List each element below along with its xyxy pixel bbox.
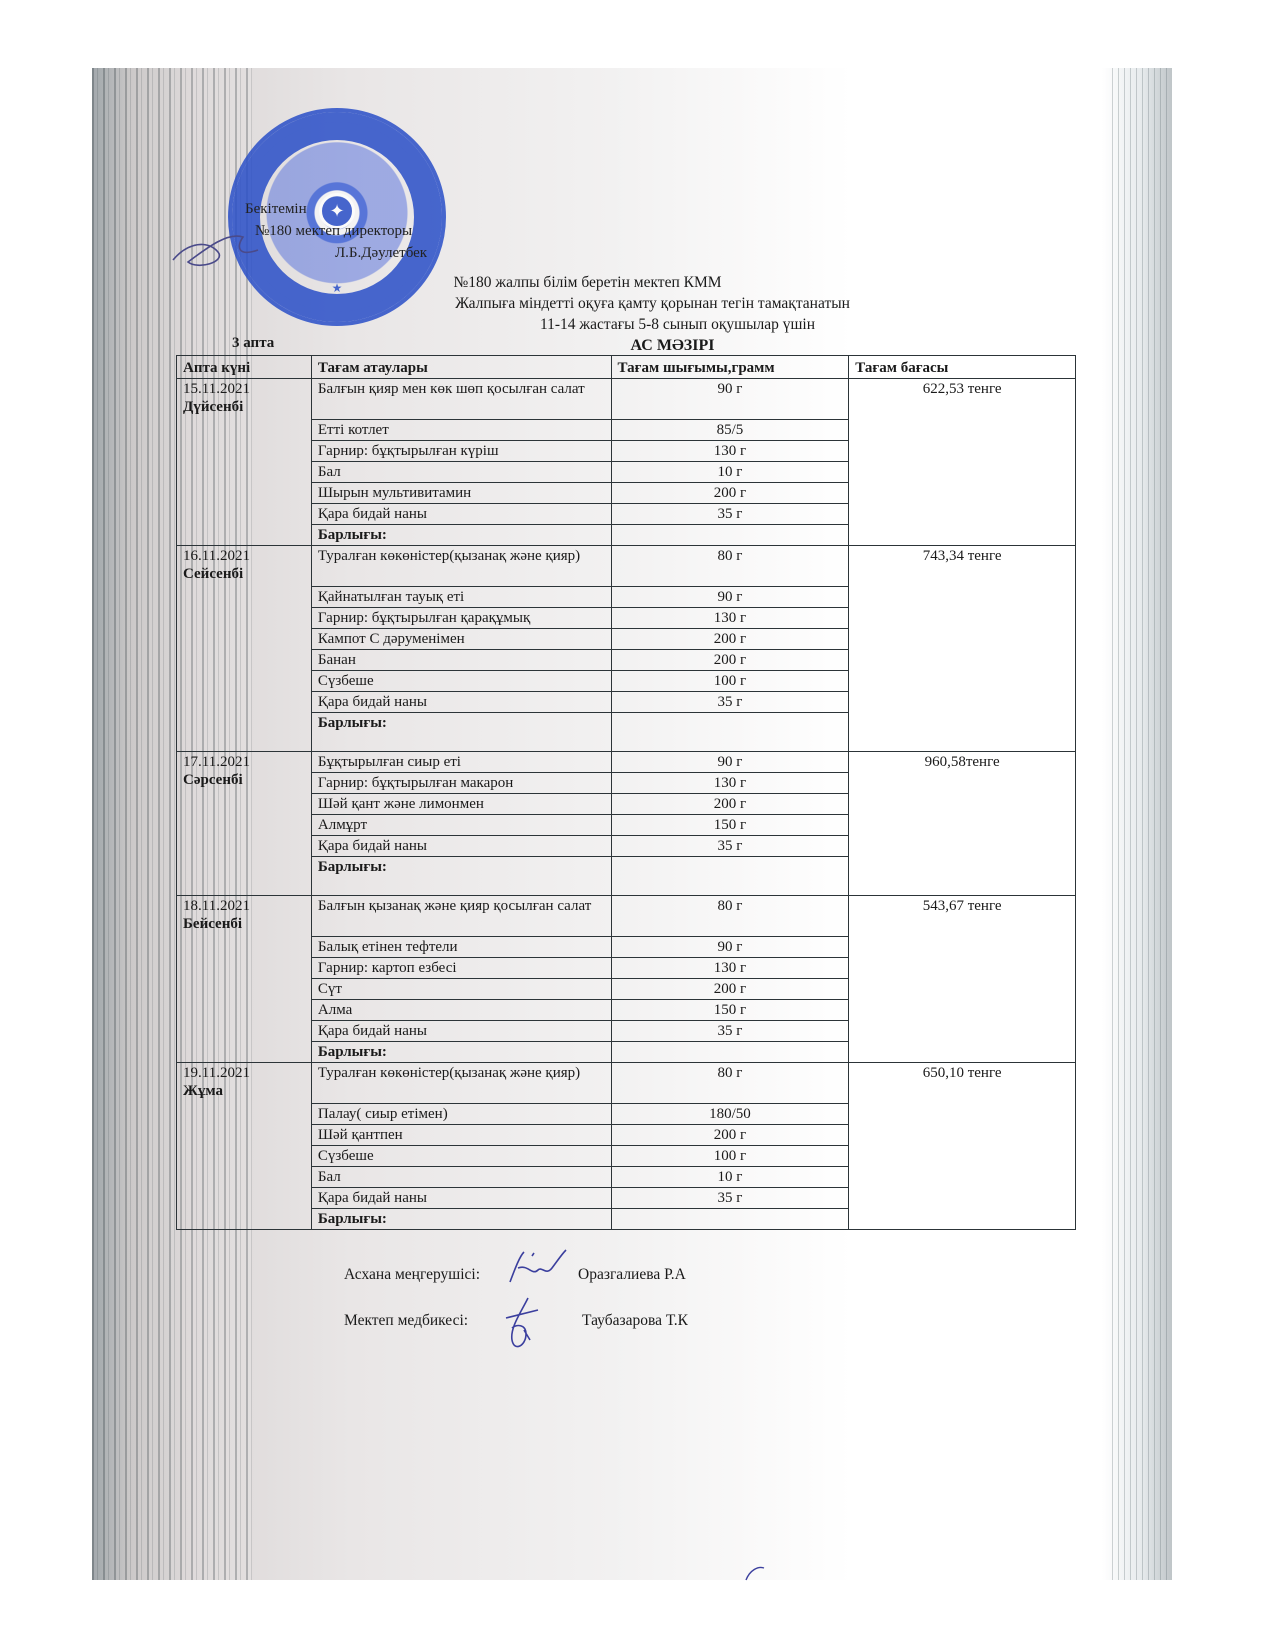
total-label: Барлығы:: [311, 713, 611, 752]
column-header-dish: Тағам атаулары: [311, 356, 611, 379]
canteen-manager-name: Оразгалиева Р.А: [578, 1266, 686, 1284]
dish-yield: 200 г: [611, 979, 849, 1000]
dish-yield: 90 г: [611, 937, 849, 958]
dish-yield: 35 г: [611, 504, 849, 525]
canteen-manager-role: Асхана меңгерушісі:: [344, 1266, 480, 1284]
day-cell: 17.11.2021Сәрсенбі: [177, 752, 312, 896]
dish-yield: 150 г: [611, 1000, 849, 1021]
approval-line-3: Л.Б.Дәулетбек: [245, 242, 427, 264]
table-row: 15.11.2021ДүйсенбіБалғын қияр мен көк шө…: [177, 379, 1076, 420]
column-header-price: Тағам бағасы: [849, 356, 1076, 379]
dish-yield: 200 г: [611, 1125, 849, 1146]
dish-yield: 35 г: [611, 836, 849, 857]
day-cell: 16.11.2021Сейсенбі: [177, 546, 312, 752]
canteen-manager-signature-icon: [502, 1246, 572, 1288]
dish-yield: 80 г: [611, 1063, 849, 1104]
day-price: 543,67 тенге: [849, 896, 1076, 1063]
total-label: Барлығы:: [311, 1209, 611, 1230]
dish-name: Гарнир: бұқтырылған макарон: [311, 773, 611, 794]
dish-yield: 200 г: [611, 629, 849, 650]
dish-yield: 200 г: [611, 483, 849, 504]
dish-name: Балғын қызанақ және қияр қосылған салат: [311, 896, 611, 937]
dish-yield: 150 г: [611, 815, 849, 836]
day-cell: 19.11.2021Жұма: [177, 1063, 312, 1230]
document-title: АС МӘЗІРІ: [0, 335, 1275, 356]
week-label: 3 апта: [232, 335, 274, 352]
age-group: 11-14 жастағы 5-8 сынып оқушылар үшін: [0, 314, 1275, 335]
dish-name: Гарнир: бұқтырылған күріш: [311, 441, 611, 462]
day-price: 960,58тенге: [849, 752, 1076, 896]
dish-yield: 10 г: [611, 1167, 849, 1188]
day-weekday: Бейсенбі: [183, 915, 305, 933]
total-label: Барлығы:: [311, 857, 611, 896]
school-nurse-role: Мектеп медбикесі:: [344, 1312, 468, 1330]
dish-yield: 85/5: [611, 420, 849, 441]
day-date: 17.11.2021: [183, 753, 305, 771]
dish-name: Туралған көкөністер(қызанақ және қияр): [311, 1063, 611, 1104]
day-cell: 15.11.2021Дүйсенбі: [177, 379, 312, 546]
table-row: 16.11.2021СейсенбіТуралған көкөністер(қы…: [177, 546, 1076, 587]
dish-name: Сүзбеше: [311, 1146, 611, 1167]
dish-name: Балық етінен тефтели: [311, 937, 611, 958]
dish-name: Палау( сиыр етімен): [311, 1104, 611, 1125]
day-price: 650,10 тенге: [849, 1063, 1076, 1230]
dish-name: Қара бидай наны: [311, 1021, 611, 1042]
total-yield-empty: [611, 1209, 849, 1230]
dish-yield: 80 г: [611, 546, 849, 587]
day-weekday: Сәрсенбі: [183, 771, 305, 789]
day-date: 15.11.2021: [183, 380, 305, 398]
day-price: 622,53 тенге: [849, 379, 1076, 546]
day-weekday: Жұма: [183, 1082, 305, 1100]
dish-yield: 200 г: [611, 794, 849, 815]
day-date: 19.11.2021: [183, 1064, 305, 1082]
day-date: 16.11.2021: [183, 547, 305, 565]
dish-name: Шәй қантпен: [311, 1125, 611, 1146]
dish-name: Сүзбеше: [311, 671, 611, 692]
day-cell: 18.11.2021Бейсенбі: [177, 896, 312, 1063]
dish-name: Балғын қияр мен көк шөп қосылған салат: [311, 379, 611, 420]
dish-yield: 100 г: [611, 1146, 849, 1167]
dish-name: Бал: [311, 462, 611, 483]
dish-name: Қара бидай наны: [311, 504, 611, 525]
column-header-day: Апта күні: [177, 356, 312, 379]
dish-name: Қайнатылған тауық еті: [311, 587, 611, 608]
dish-name: Гарнир: бұқтырылған қарақұмық: [311, 608, 611, 629]
dish-yield: 10 г: [611, 462, 849, 483]
dish-name: Банан: [311, 650, 611, 671]
dish-name: Шәй қант және лимонмен: [311, 794, 611, 815]
column-header-yield: Тағам шығымы,грамм: [611, 356, 849, 379]
dish-yield: 90 г: [611, 379, 849, 420]
dish-yield: 130 г: [611, 441, 849, 462]
table-row: 19.11.2021ЖұмаТуралған көкөністер(қызана…: [177, 1063, 1076, 1104]
dish-name: Қара бидай наны: [311, 692, 611, 713]
total-yield-empty: [611, 525, 849, 546]
dish-name: Сүт: [311, 979, 611, 1000]
dish-yield: 35 г: [611, 1021, 849, 1042]
dish-name: Бұқтырылған сиыр еті: [311, 752, 611, 773]
dish-yield: 130 г: [611, 958, 849, 979]
approval-line-1: Бекітемін: [245, 198, 427, 220]
dish-name: Шырын мультивитамин: [311, 483, 611, 504]
dish-yield: 100 г: [611, 671, 849, 692]
dish-yield: 80 г: [611, 896, 849, 937]
day-date: 18.11.2021: [183, 897, 305, 915]
dish-yield: 180/50: [611, 1104, 849, 1125]
approval-line-2: №180 мектеп директоры: [245, 220, 427, 242]
total-label: Барлығы:: [311, 1042, 611, 1063]
dish-name: Етті котлет: [311, 420, 611, 441]
dish-yield: 200 г: [611, 650, 849, 671]
table-header-row: Апта күні Тағам атаулары Тағам шығымы,гр…: [177, 356, 1076, 379]
school-nurse-signature-icon: [502, 1294, 542, 1354]
approval-block: Бекітемін №180 мектеп директоры Л.Б.Дәул…: [245, 198, 427, 264]
table-row: 17.11.2021СәрсенбіБұқтырылған сиыр еті90…: [177, 752, 1076, 773]
dish-name: Алма: [311, 1000, 611, 1021]
dish-yield: 130 г: [611, 773, 849, 794]
day-weekday: Дүйсенбі: [183, 398, 305, 416]
total-yield-empty: [611, 1042, 849, 1063]
dish-yield: 35 г: [611, 692, 849, 713]
pen-mark-icon: [740, 1562, 780, 1582]
dish-yield: 90 г: [611, 587, 849, 608]
dish-yield: 35 г: [611, 1188, 849, 1209]
day-price: 743,34 тенге: [849, 546, 1076, 752]
dish-name: Қара бидай наны: [311, 836, 611, 857]
dish-name: Кампот С дәруменімен: [311, 629, 611, 650]
dish-name: Қара бидай наны: [311, 1188, 611, 1209]
dish-yield: 130 г: [611, 608, 849, 629]
dish-name: Алмұрт: [311, 815, 611, 836]
school-nurse-name: Таубазарова Т.К: [582, 1312, 688, 1330]
total-label: Барлығы:: [311, 525, 611, 546]
dish-name: Туралған көкөністер(қызанақ және қияр): [311, 546, 611, 587]
day-weekday: Сейсенбі: [183, 565, 305, 583]
menu-table-body: 15.11.2021ДүйсенбіБалғын қияр мен көк шө…: [177, 379, 1076, 1230]
table-row: 18.11.2021БейсенбіБалғын қызанақ және қи…: [177, 896, 1076, 937]
dish-name: Гарнир: картоп езбесі: [311, 958, 611, 979]
total-yield-empty: [611, 857, 849, 896]
total-yield-empty: [611, 713, 849, 752]
dish-yield: 90 г: [611, 752, 849, 773]
dish-name: Бал: [311, 1167, 611, 1188]
school-name: №180 жалпы білім беретін мектеп КММ: [0, 272, 1275, 293]
program-description: Жалпыға міндетті оқуға қамту қорынан тег…: [0, 293, 1275, 314]
menu-table: Апта күні Тағам атаулары Тағам шығымы,гр…: [176, 355, 1076, 1230]
